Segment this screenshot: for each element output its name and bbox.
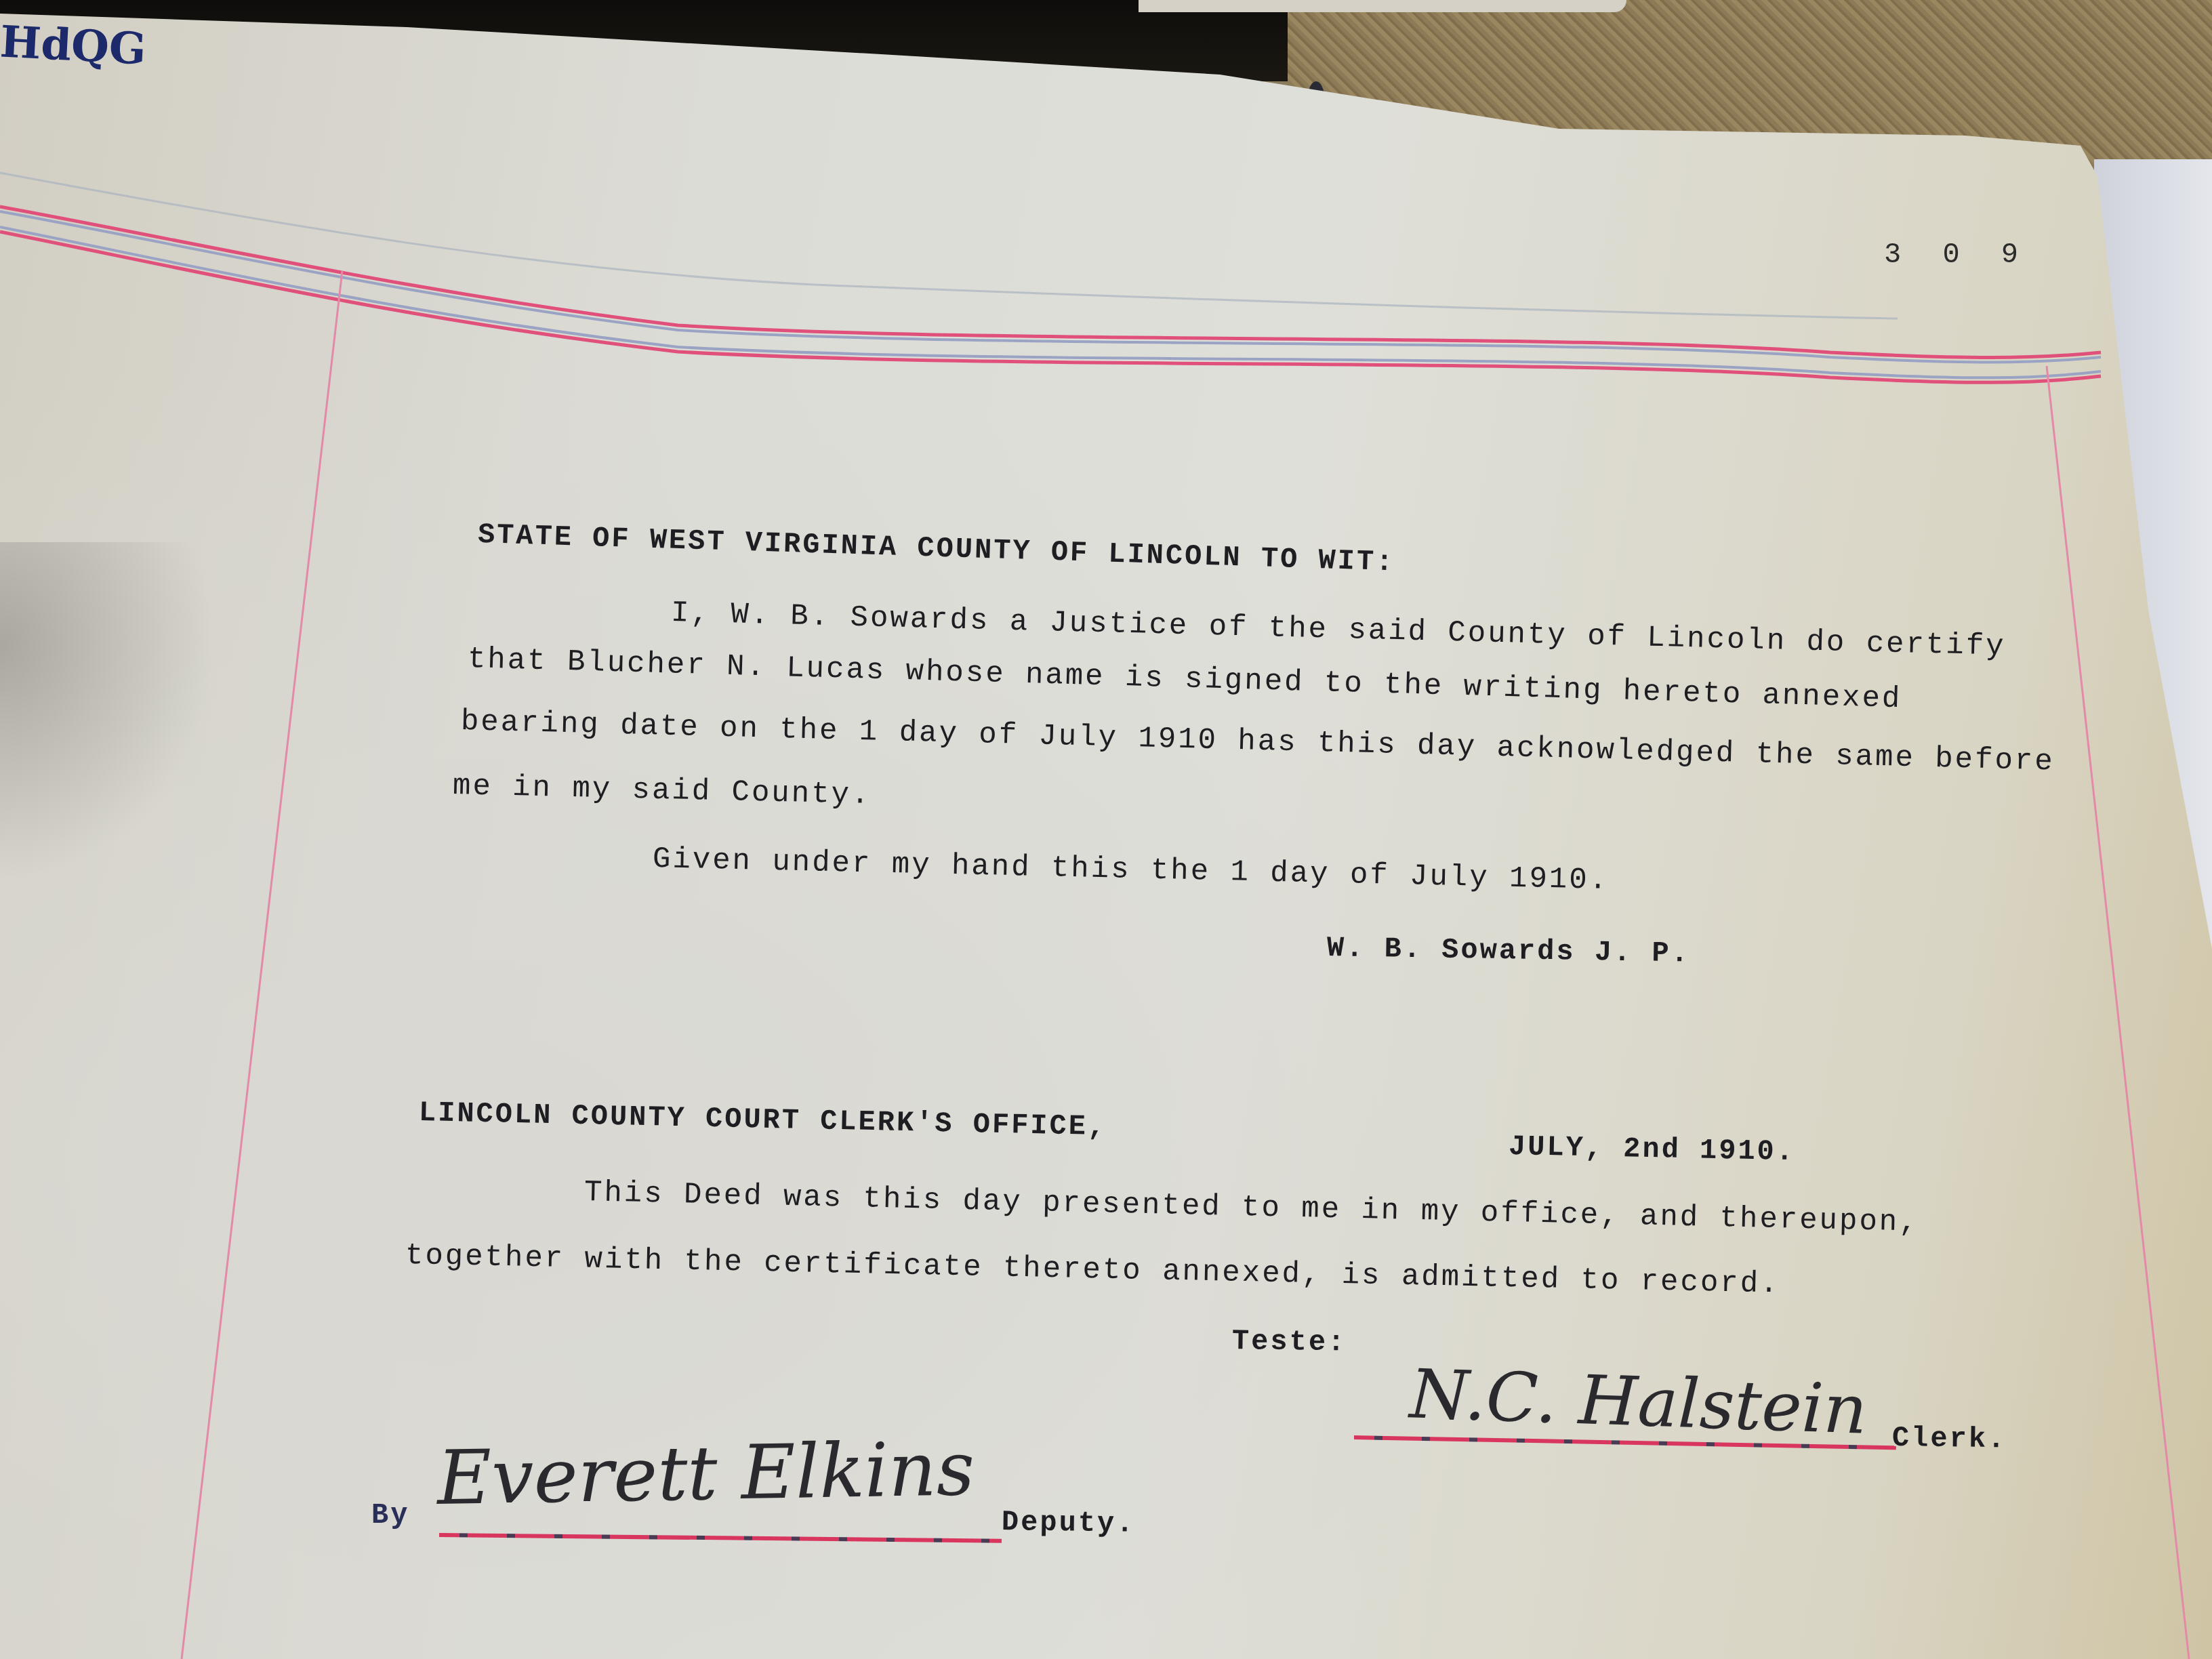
ledger-page: HdQG 3 0 9 STATE OF WEST VIRGINIA COUNTY…: [0, 0, 2212, 1659]
page-ruling: [0, 0, 2212, 1659]
background-paper-edge: [1139, 0, 1626, 12]
clerk-title: Clerk.: [1892, 1422, 2007, 1456]
recording-date: JULY, 2nd 1910.: [1509, 1130, 1796, 1168]
deputy-signature: Everett Elkins: [436, 1425, 975, 1521]
deputy-title: Deputy.: [1002, 1506, 1136, 1540]
clerk-signature: N.C. Halstein: [1408, 1354, 1868, 1449]
teste-label: Teste:: [1232, 1325, 1347, 1359]
by-label: By: [371, 1499, 409, 1532]
justice-signature: W. B. Sowards J. P.: [1327, 932, 1691, 970]
page-number: 3 0 9: [1884, 239, 2030, 271]
